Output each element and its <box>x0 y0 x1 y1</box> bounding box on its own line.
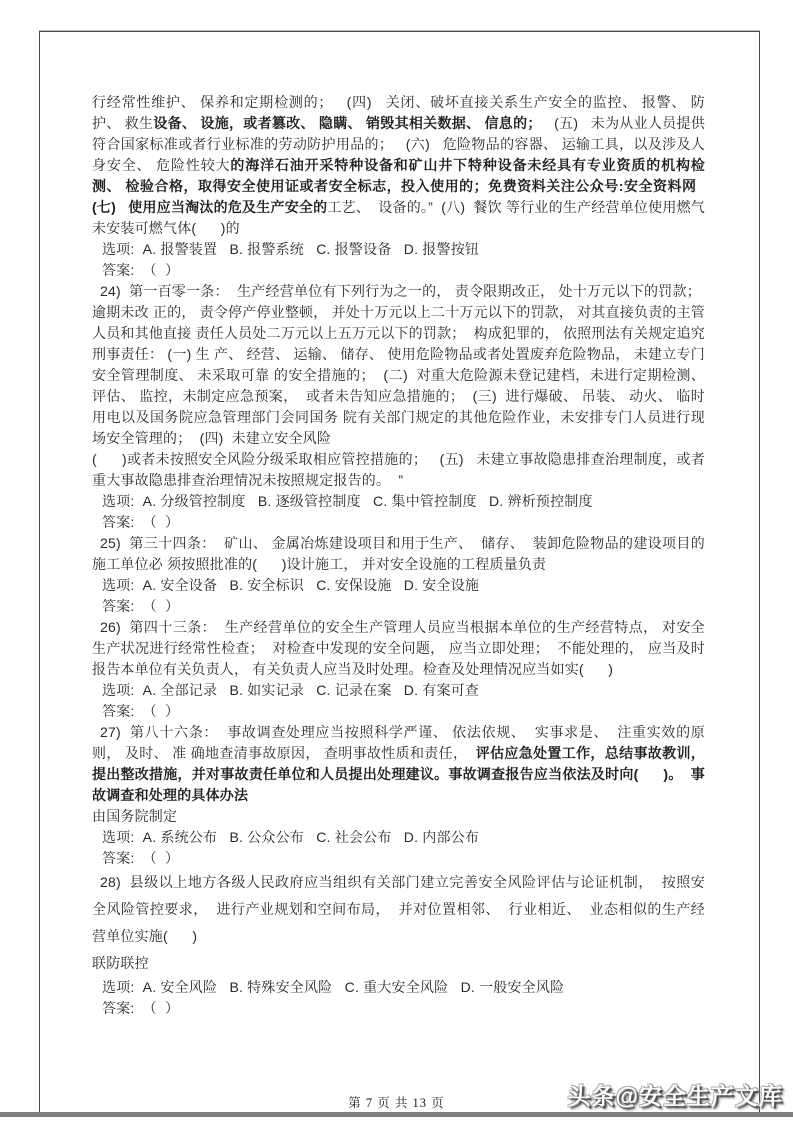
question-27-options: 选项: A. 系统公布 B. 公众公布 C. 社会公布 D. 内部公布 <box>92 827 705 848</box>
page-content: 行经常性维护、 保养和定期检测的； (四) 关闭、破坏直接关系生产安全的监控、 … <box>92 92 705 1019</box>
page-bottom-edge <box>0 1112 793 1117</box>
question-27-answer: 答案: （ ） <box>92 848 705 869</box>
question-28-options: 选项: A. 安全风险 B. 特殊安全风险 C. 重大安全风险 D. 一般安全风… <box>92 977 705 998</box>
document-page: 行经常性维护、 保养和定期检测的； (四) 关闭、破坏直接关系生产安全的监控、 … <box>0 0 793 1122</box>
text-run-bold: 设备、 设施，或者篡改、 隐瞒、 销毁其相关数据、 信息的； <box>153 115 541 131</box>
question-23-continuation-text: 行经常性维护、 保养和定期检测的； (四) 关闭、破坏直接关系生产安全的监控、 … <box>92 92 705 239</box>
question-25-answer: 答案: （ ） <box>92 596 705 617</box>
question-27-text: 27) 第八十六条： 事故调查处理应当按照科学严谨、 依法依规、 实事求是、 注… <box>92 722 705 806</box>
watermark-text: 头条@安全生产文库 <box>568 1078 783 1111</box>
question-25-text: 25) 第三十四条： 矿山、 金属冶炼建设项目和用于生产、 储存、 装卸危险物品… <box>92 533 705 575</box>
question-28-text-line2: 联防联控 <box>92 950 705 977</box>
question-26-answer: 答案: （ ） <box>92 701 705 722</box>
question-28-answer: 答案: （ ） <box>92 998 705 1019</box>
question-24-answer: 答案: （ ） <box>92 512 705 533</box>
question-24-text-blank-clause: ( )或者未按照安全风险分级采取相应管控措施的； (五) 未建立事故隐患排查治理… <box>92 449 705 491</box>
question-26-text: 26) 第四十三条： 生产经营单位的安全生产管理人员应当根据本单位的生产经营特点… <box>92 617 705 680</box>
question-23-options: 选项: A. 报警装置 B. 报警系统 C. 报警设备 D. 报警按钮 <box>92 239 705 260</box>
question-24-options: 选项: A. 分级管控制度 B. 逐级管控制度 C. 集中管控制度 D. 辨析预… <box>92 491 705 512</box>
question-26-options: 选项: A. 全部记录 B. 如实记录 C. 记录在案 D. 有案可查 <box>92 680 705 701</box>
question-25-options: 选项: A. 安全设备 B. 安全标识 C. 安保设施 D. 安全设施 <box>92 575 705 596</box>
question-24-text: 24) 第一百零一条： 生产经营单位有下列行为之一的， 责令限期改正， 处十万元… <box>92 281 705 449</box>
question-28-text: 28) 县级以上地方各级人民政府应当组织有关部门建立完善安全风险评估与论证机制，… <box>92 869 705 950</box>
question-23-answer: 答案: （ ） <box>92 260 705 281</box>
question-27-text-line2: 由国务院制定 <box>92 806 705 827</box>
